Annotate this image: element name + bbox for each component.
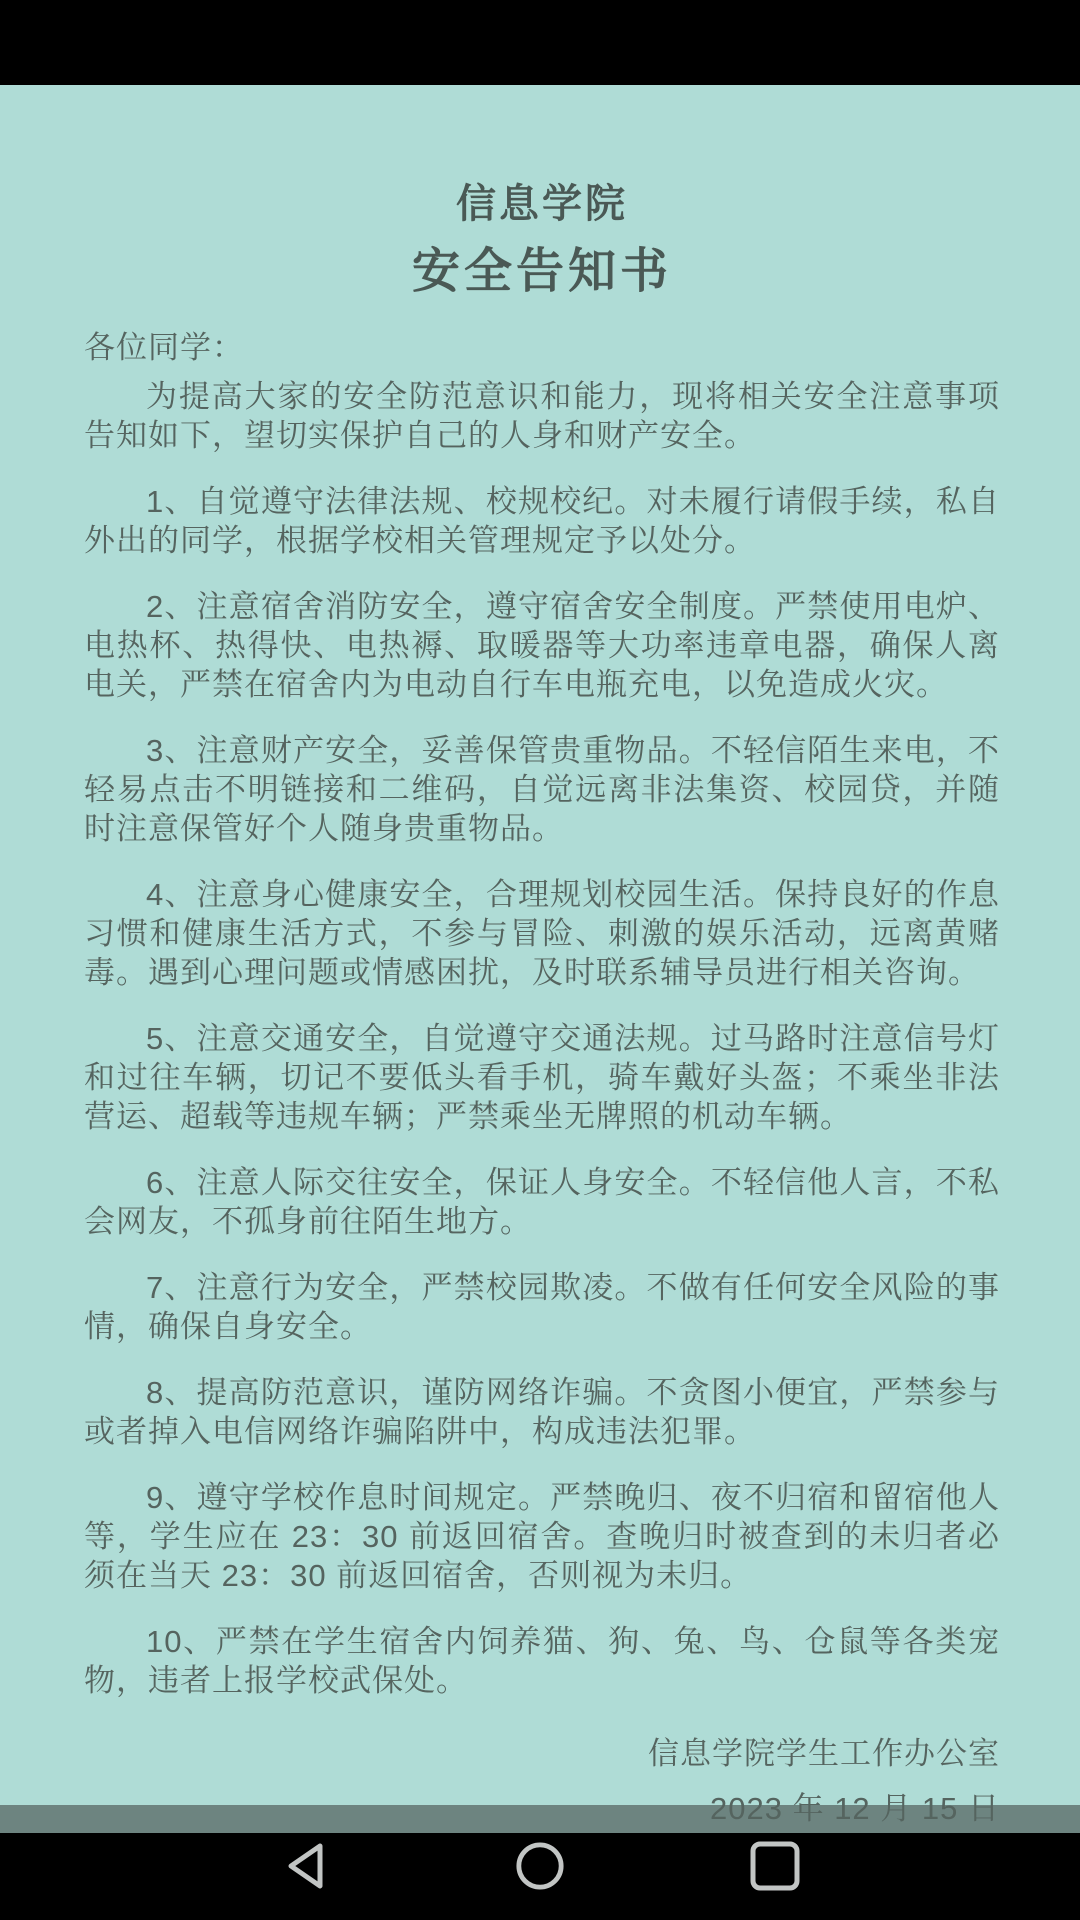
notice-title: 信息学院 [84,180,1000,228]
notice-subtitle: 安全告知书 [84,244,1000,300]
home-icon [515,1840,565,1892]
notice-item: 5、注意交通安全，自觉遵守交通法规。过马路时注意信号灯和过往车辆，切记不要低头看… [84,1019,1000,1136]
notice-item-list: 1、自觉遵守法律法规、校规校纪。对未履行请假手续，私自外出的同学，根据学校相关管… [84,482,1000,1700]
recents-button[interactable] [750,1840,800,1892]
notice-item: 6、注意人际交往安全，保证人身安全。不轻信他人言，不私会网友，不孤身前往陌生地方… [84,1163,1000,1241]
notice-item: 1、自觉遵守法律法规、校规校纪。对未履行请假手续，私自外出的同学，根据学校相关管… [84,482,1000,560]
status-bar [0,0,1080,85]
notice-item: 3、注意财产安全，妥善保管贵重物品。不轻信陌生来电，不轻易点击不明链接和二维码，… [84,731,1000,848]
notice-item: 9、遵守学校作息时间规定。严禁晚归、夜不归宿和留宿他人等，学生应在 23：30 … [84,1478,1000,1595]
recents-icon [750,1841,800,1891]
salutation: 各位同学： [84,328,1000,367]
back-button[interactable] [280,1840,330,1892]
back-icon [282,1840,328,1892]
notice-item: 10、严禁在学生宿舍内饲养猫、狗、兔、鸟、仓鼠等各类宠物，违者上报学校武保处。 [84,1622,1000,1700]
intro-paragraph: 为提高大家的安全防范意识和能力，现将相关安全注意事项告知如下，望切实保护自己的人… [84,377,1000,455]
home-button[interactable] [515,1840,565,1892]
notice-item: 7、注意行为安全，严禁校园欺凌。不做有任何安全风险的事情，确保自身安全。 [84,1268,1000,1346]
notice-item: 4、注意身心健康安全，合理规划校园生活。保持良好的作息习惯和健康生活方式，不参与… [84,875,1000,992]
phone-screen: 信息学院 安全告知书 各位同学： 为提高大家的安全防范意识和能力，现将相关安全注… [0,0,1080,1920]
notice-item: 2、注意宿舍消防安全，遵守宿舍安全制度。严禁使用电炉、电热杯、热得快、电热褥、取… [84,587,1000,704]
android-navigation-bar [0,1833,1080,1920]
signature: 信息学院学生工作办公室 [84,1734,1000,1773]
notice-document: 信息学院 安全告知书 各位同学： 为提高大家的安全防范意识和能力，现将相关安全注… [0,85,1080,1805]
notice-item: 8、提高防范意识，谨防网络诈骗。不贪图小便宜，严禁参与或者掉入电信网络诈骗陷阱中… [84,1373,1000,1451]
